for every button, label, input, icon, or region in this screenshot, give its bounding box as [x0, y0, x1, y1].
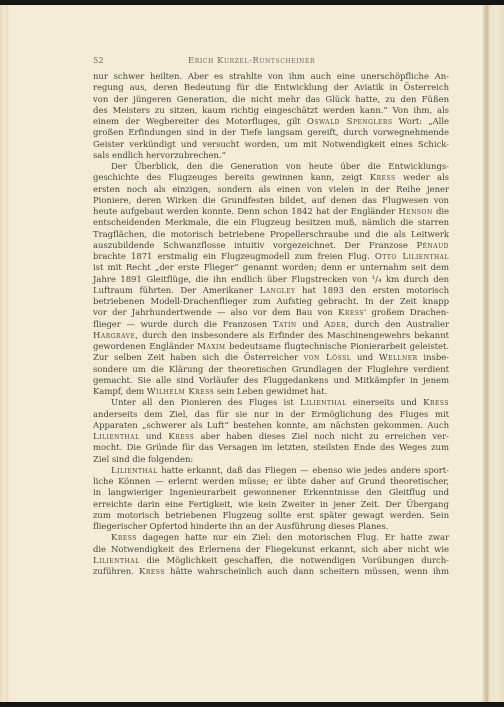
text-line: Pioniere, deren Wirken die Grundfesten b… [93, 196, 449, 207]
text-line: geschichte des Flugzeuges bereits gewinn… [93, 173, 449, 184]
text-line: ist mit Recht „der erste Flieger“ genann… [93, 263, 449, 274]
person-name: Tatin [273, 320, 297, 330]
person-name: Kress [423, 398, 449, 408]
text-line: Lilienthal die Möglichkeit geschaffen, d… [93, 556, 449, 567]
text-line: in langwieriger Ingenieurarbeit gewonnen… [93, 488, 449, 499]
person-name: Lilienthal [300, 398, 347, 408]
scan-bottom-border [0, 702, 504, 707]
text-line: betriebenen Modell-Drachenflieger zum Au… [93, 297, 449, 308]
person-name: Wellner [379, 353, 418, 363]
text-line: auszubildende Schwanzflosse intuitiv vor… [93, 241, 449, 252]
person-name: Lilienthal [111, 466, 158, 476]
person-name: Oswald Spenglers [307, 117, 393, 127]
person-name: Kress [338, 308, 364, 318]
text-line: Jahre 1891 Gleitflüge, die ihn endlich ü… [93, 275, 449, 286]
text-line: vor der Jahrhundertwende — also vor dem … [93, 308, 449, 319]
text-line: zum motorisch betriebenen Flugzeug sollt… [93, 511, 449, 522]
text-line: entscheidenden Merkmale, die ein Flugzeu… [93, 218, 449, 229]
text-line: sondere um die Klärung der theoretischen… [93, 365, 449, 376]
person-name: Maxim [197, 342, 225, 352]
text-line: fliegerischer Opfertod hinderte ihn an d… [93, 522, 449, 533]
text-line: gemacht. Sie alle sind Vorläufer des Flu… [93, 376, 449, 387]
text-line: flieger — wurde durch die Franzosen Tati… [93, 320, 449, 331]
body-text: nur schwer heilten. Aber es strahlte von… [93, 72, 449, 578]
text-line: Hargrave, durch den insbesondere als Erf… [93, 331, 449, 342]
text-line: zuführen. Kress hätte wahrscheinlich auc… [93, 567, 449, 578]
text-line: von der jüngeren Generation, die nicht m… [93, 95, 449, 106]
page-gutter-edge [482, 5, 504, 702]
text-line: ersten noch als einzigen, sondern als ei… [93, 185, 449, 196]
text-line: großen Erfindungen sind in der Tiefe lan… [93, 128, 449, 139]
person-name: Kress [370, 173, 396, 183]
page-number: 52 [93, 55, 104, 65]
text-line: sals endlich hervorzubrechen.“ [93, 151, 449, 162]
text-line: des Meisters zu sitzen, kaum richtig ein… [93, 106, 449, 117]
page-left-edge [0, 5, 10, 702]
text-line: Der Überblick, den die Generation von he… [93, 162, 449, 173]
person-name: Henson [398, 207, 432, 217]
text-line: Kampf, dem Wilhelm Kress sein Leben gewi… [93, 387, 449, 398]
text-line: Unter all den Pionieren des Fluges ist L… [93, 398, 449, 409]
person-name: Wilhelm Kress [147, 387, 214, 397]
text-line: regung aus, deren Bedeutung für die Entw… [93, 83, 449, 94]
person-name: Lilienthal [93, 556, 140, 566]
text-line: Lilienthal hatte erkannt, daß das Fliege… [93, 466, 449, 477]
text-line: anderseits dem Ziel, das für sie nur in … [93, 410, 449, 421]
text-line: Geister verkündigt und versucht worden, … [93, 140, 449, 151]
text-line: nur schwer heilten. Aber es strahlte von… [93, 72, 449, 83]
person-name: Ader [324, 320, 346, 330]
text-line: Zur selben Zeit haben sich die Österreic… [93, 353, 449, 364]
text-line: heute aufgebaut werden konnte. Denn scho… [93, 207, 449, 218]
person-name: Kress [139, 567, 165, 577]
text-line: Kress dagegen hatte nur ein Ziel: den mo… [93, 533, 449, 544]
text-line: Luftraum führten. Der Amerikaner Langley… [93, 286, 449, 297]
text-line: Apparaten „schwerer als Luft“ bestehen k… [93, 421, 449, 432]
text-line: einem der Wegbereiter des Motorfluges, g… [93, 117, 449, 128]
person-name: Pénaud [416, 241, 449, 251]
person-name: Kress [168, 432, 194, 442]
text-line: Tragflächen, die motorisch betriebene Pr… [93, 230, 449, 241]
person-name: Lilienthal [93, 432, 140, 442]
text-line: Lilienthal und Kress aber haben dieses Z… [93, 432, 449, 443]
text-line: gewordenen Engländer Maxim bedeutsame fl… [93, 342, 449, 353]
running-head: 52 Erich Kurzel-Runtscheiner [93, 55, 413, 67]
text-line: brachte 1871 erstmalig ein Flugzeugmodel… [93, 252, 449, 263]
person-name: Kress [111, 533, 137, 543]
text-line: mocht. Die Gründe für das Versagen im le… [93, 443, 449, 454]
text-line: erreichte darin eine Fertigkeit, wie kei… [93, 500, 449, 511]
person-name: Hargrave [93, 331, 135, 341]
text-line: Ziel sind die folgenden: [93, 455, 449, 466]
person-name: Otto Lilienthal [375, 252, 449, 262]
person-name: von Lössl [304, 353, 351, 363]
person-name: Langley [260, 286, 296, 296]
text-line: liche Können — erlernt werden müsse; er … [93, 477, 449, 488]
text-line: die Notwendigkeit des Erlernens der Flie… [93, 545, 449, 556]
running-head-title: Erich Kurzel-Runtscheiner [188, 55, 315, 65]
